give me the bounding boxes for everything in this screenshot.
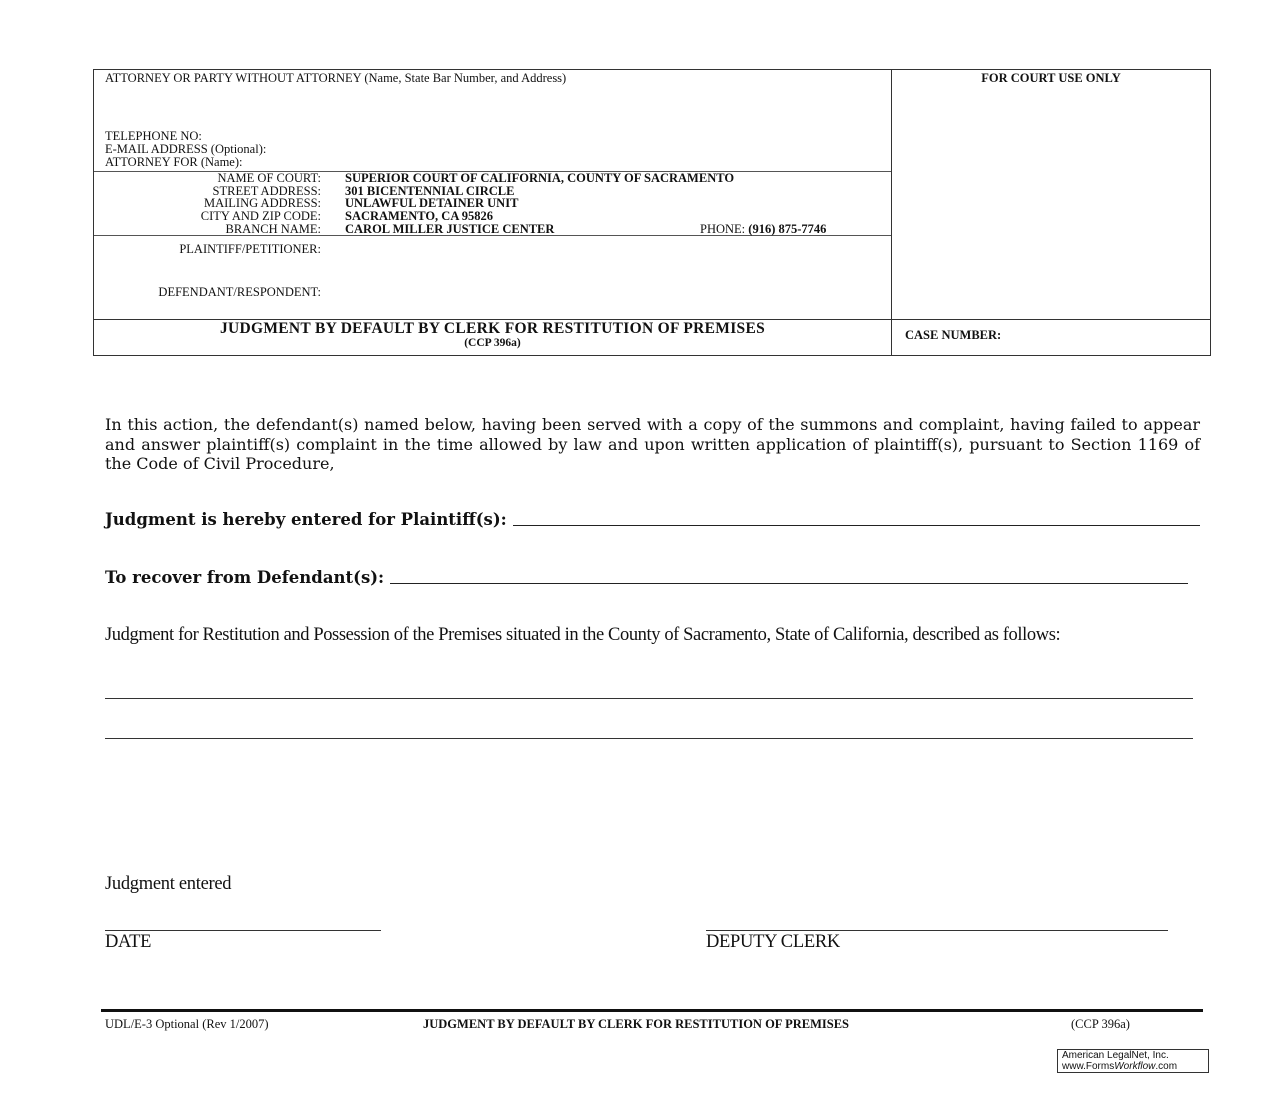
intro-paragraph: In this action, the defendant(s) named b… xyxy=(105,415,1200,474)
court-info-section: NAME OF COURT: SUPERIOR COURT OF CALIFOR… xyxy=(94,171,891,236)
form-title: JUDGMENT BY DEFAULT BY CLERK FOR RESTITU… xyxy=(94,320,891,338)
judgment-entered-label: Judgment entered xyxy=(105,874,231,895)
deputy-clerk-signature-line[interactable] xyxy=(706,930,1168,931)
mailing-address-label: MAILING ADDRESS: xyxy=(204,197,321,210)
case-number-label: CASE NUMBER: xyxy=(905,328,1001,343)
footer-title: JUDGMENT BY DEFAULT BY CLERK FOR RESTITU… xyxy=(423,1017,849,1032)
plaintiff-label: PLAINTIFF/PETITIONER: xyxy=(179,242,321,257)
court-name-value: SUPERIOR COURT OF CALIFORNIA, COUNTY OF … xyxy=(345,172,734,185)
parties-section: PLAINTIFF/PETITIONER: DEFENDANT/RESPONDE… xyxy=(94,235,891,320)
form-title-section: JUDGMENT BY DEFAULT BY CLERK FOR RESTITU… xyxy=(94,319,891,355)
plaintiff-judgment-label: Judgment is hereby entered for Plaintiff… xyxy=(105,510,507,529)
mailing-address-value: UNLAWFUL DETAINER UNIT xyxy=(345,197,518,210)
date-label: DATE xyxy=(105,932,151,953)
attorney-for-label: ATTORNEY FOR (Name): xyxy=(105,156,266,169)
recover-line: To recover from Defendant(s): xyxy=(105,568,1188,587)
attorney-header: ATTORNEY OR PARTY WITHOUT ATTORNEY (Name… xyxy=(105,72,566,85)
phone-value: (916) 875-7746 xyxy=(748,222,826,236)
premises-description-line-1[interactable] xyxy=(105,698,1193,699)
publisher-stamp: American LegalNet, Inc. www.FormsWorkflo… xyxy=(1057,1049,1209,1073)
court-use-label: FOR COURT USE ONLY xyxy=(892,71,1210,86)
deputy-clerk-label: DEPUTY CLERK xyxy=(706,932,840,953)
plaintiff-judgment-line: Judgment is hereby entered for Plaintiff… xyxy=(105,510,1200,529)
footer-form-id: UDL/E-3 Optional (Rev 1/2007) xyxy=(105,1017,269,1032)
attorney-section: ATTORNEY OR PARTY WITHOUT ATTORNEY (Name… xyxy=(94,70,891,172)
caption-left-column: ATTORNEY OR PARTY WITHOUT ATTORNEY (Name… xyxy=(94,70,892,355)
restitution-paragraph: Judgment for Restitution and Possession … xyxy=(105,626,1200,645)
recover-label: To recover from Defendant(s): xyxy=(105,568,384,587)
footer-code: (CCP 396a) xyxy=(1071,1017,1130,1032)
caption-right-column: FOR COURT USE ONLY CASE NUMBER: xyxy=(892,70,1210,355)
branch-name-label: BRANCH NAME: xyxy=(226,223,322,236)
premises-description-line-2[interactable] xyxy=(105,738,1193,739)
branch-name-value: CAROL MILLER JUSTICE CENTER xyxy=(345,223,554,236)
form-subtitle: (CCP 396a) xyxy=(94,337,891,349)
phone-label: PHONE: xyxy=(700,222,745,236)
publisher-url: www.FormsWorkflow.com xyxy=(1062,1062,1208,1073)
recover-field[interactable] xyxy=(390,582,1188,584)
defendant-label: DEFENDANT/RESPONDENT: xyxy=(158,285,321,300)
court-phone: PHONE: (916) 875-7746 xyxy=(700,223,826,236)
caption-box: ATTORNEY OR PARTY WITHOUT ATTORNEY (Name… xyxy=(93,69,1211,356)
date-signature-line[interactable] xyxy=(105,930,381,931)
court-name-label: NAME OF COURT: xyxy=(218,172,322,185)
case-number-field[interactable]: CASE NUMBER: xyxy=(892,319,1210,355)
footer-divider xyxy=(101,1009,1203,1012)
plaintiff-judgment-field[interactable] xyxy=(513,524,1200,526)
city-zip-value: SACRAMENTO, CA 95826 xyxy=(345,210,493,223)
city-zip-label: CITY AND ZIP CODE: xyxy=(201,210,321,223)
